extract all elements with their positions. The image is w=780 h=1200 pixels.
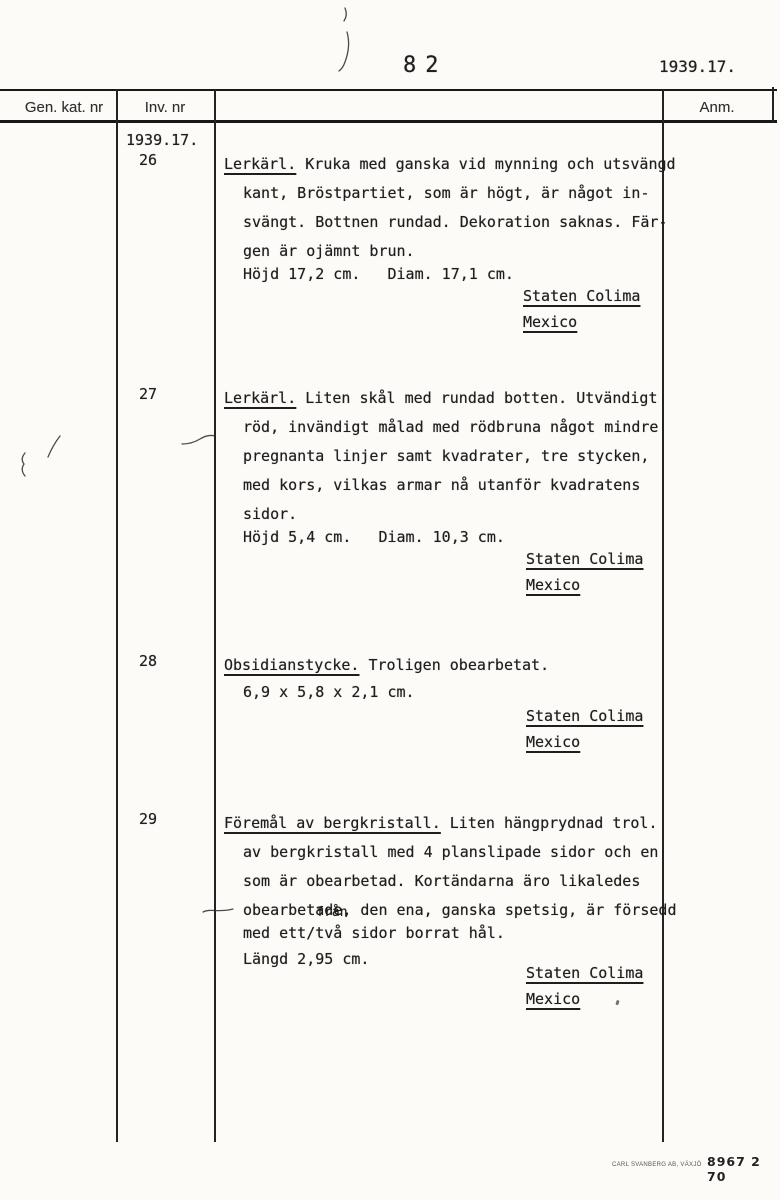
column-header-anm: Anm. (662, 99, 772, 116)
entry-title: Föremål av bergkristall. (224, 814, 441, 832)
pen-mark-tilde (181, 430, 217, 448)
inventory-number: 26 (139, 151, 157, 169)
column-divider-2 (214, 89, 216, 1142)
entry-measurements: Längd 2,95 cm. (224, 945, 780, 974)
entry-text: med ett/ (243, 924, 315, 942)
entry-text-line: svängt. Bottnen rundad. Dekoration sakna… (224, 208, 780, 237)
print-code: 8967 2 70 (707, 1154, 780, 1184)
provenance-block: Staten Colima Mexico (526, 703, 643, 755)
provenance-state: Staten Colima (523, 283, 640, 309)
inventory-number: 29 (139, 810, 157, 828)
entry-title: Lerkärl. (224, 155, 296, 173)
pen-mark-slash (44, 433, 64, 459)
entry-text: Liten hängprydnad trol. (441, 814, 658, 832)
catalog-page: 82 1939.17. Gen. kat. nr Inv. nr Anm. 19… (0, 0, 780, 1200)
entry-text: Troligen obearbetat. (359, 656, 549, 674)
provenance-state: Staten Colima (526, 703, 643, 729)
entry-first-line: Lerkärl. Liten skål med rundad botten. U… (224, 384, 780, 413)
collection-reference: 1939.17. (659, 57, 736, 76)
pen-mark-top (330, 4, 358, 74)
entry-text: två (315, 924, 342, 942)
entry-measurements: 6,9 x 5,8 x 2,1 cm. (224, 678, 780, 707)
provenance-state: Staten Colima (526, 960, 643, 986)
inventory-number: 27 (139, 385, 157, 403)
entry-title: Obsidianstycke. (224, 656, 359, 674)
page-number: 82 (403, 53, 448, 78)
inserted-word: från (316, 906, 347, 919)
entry-title: Lerkärl. (224, 389, 296, 407)
column-divider-1 (116, 89, 118, 1142)
provenance-block: Staten Colima Mexico (526, 546, 643, 598)
entry-text-line: kant, Bröstpartiet, som är högt, är någo… (224, 179, 780, 208)
pen-mark-brace (17, 451, 31, 479)
entry-text: sidor borrat hål. (342, 924, 505, 942)
entry-first-line: Obsidianstycke. Troligen obearbetat. (224, 651, 780, 680)
provenance-country: Mexico (526, 729, 643, 755)
printer-mark: CARL SVANBERG AB, VÄXJÖ (612, 1162, 702, 1168)
inventory-prefix: 1939.17. (126, 131, 198, 149)
table-right-border (772, 87, 774, 122)
provenance-country: Mexico (523, 309, 640, 335)
entry-text-line: röd, invändigt målad med rödbruna något … (224, 413, 780, 442)
inserted-word-stack: fråntvå (315, 919, 342, 948)
entry-text-line: som är obearbetad. Kortändarna äro likal… (224, 867, 780, 896)
provenance-state: Staten Colima (526, 546, 643, 572)
provenance-block: Staten Colima Mexico (523, 283, 640, 335)
entry-first-line: Lerkärl. Kruka med ganska vid mynning oc… (224, 150, 780, 179)
pen-mark-dash (202, 905, 236, 917)
entry-text: Kruka med ganska vid mynning och utsväng… (296, 155, 675, 173)
entry-measurements: Höjd 5,4 cm. Diam. 10,3 cm. (224, 523, 780, 552)
provenance-country: Mexico (526, 572, 643, 598)
provenance-country: Mexico (526, 986, 643, 1012)
entry-text-line: med kors, vilkas armar nå utanför kvadra… (224, 471, 780, 500)
entry-text-line-insertion: med ett/fråntvå sidor borrat hål. (224, 919, 780, 948)
entry-text-line: av bergkristall med 4 planslipade sidor … (224, 838, 780, 867)
column-header-inv-nr: Inv. nr (116, 99, 214, 116)
provenance-block: Staten Colima Mexico (526, 960, 643, 1012)
inventory-number: 28 (139, 652, 157, 670)
entry-first-line: Föremål av bergkristall. Liten hängprydn… (224, 809, 780, 838)
entry-measurements: Höjd 17,2 cm. Diam. 17,1 cm. (224, 260, 780, 289)
entry-text-line: pregnanta linjer samt kvadrater, tre sty… (224, 442, 780, 471)
entry-text: Liten skål med rundad botten. Utvändigt (296, 389, 657, 407)
column-header-gen-kat-nr: Gen. kat. nr (12, 99, 116, 116)
